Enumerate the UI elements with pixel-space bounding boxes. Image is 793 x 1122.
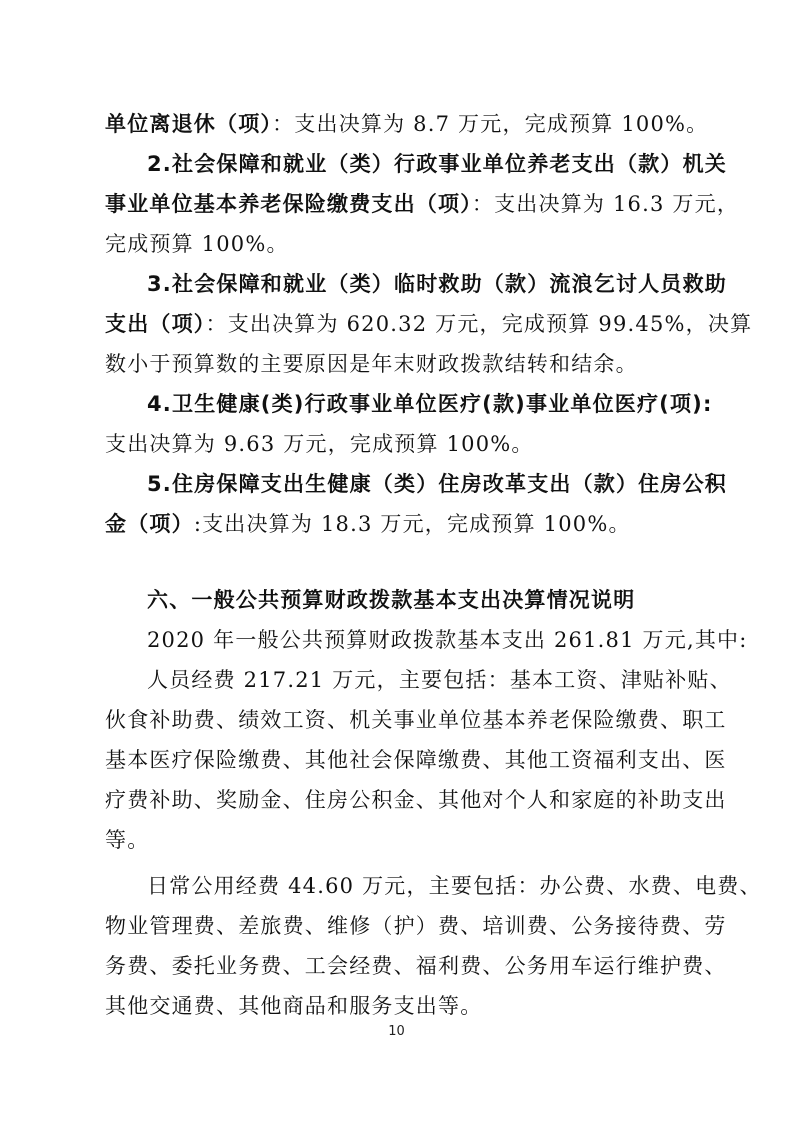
section-heading: 六、一般公共预算财政拨款基本支出决算情况说明	[105, 580, 693, 620]
summary-line: 2020 年一般公共预算财政拨款基本支出 261.81 万元,其中:	[105, 620, 693, 660]
paragraph-line: 完成预算 100%。	[105, 224, 693, 264]
item-2-lead-cont: 事业单位基本养老保险缴费支出（项）	[105, 192, 472, 216]
item-3-lead: 3.社会保障和就业（类）临时救助（款）流浪乞讨人员救助	[147, 272, 727, 296]
item-5-lead-cont: 金（项）	[105, 512, 194, 536]
item-4-text: 支出决算为 9.63 万元，完成预算 100%。	[105, 432, 534, 456]
paragraph-line: 其他交通费、其他商品和服务支出等。	[105, 986, 693, 1026]
paragraph-line: 金（项）:支出决算为 18.3 万元，完成预算 100%。	[105, 504, 693, 544]
paragraph-line: 物业管理费、差旅费、维修（护）费、培训费、公务接待费、劳	[105, 906, 693, 946]
paragraph-line: 单位离退休（项）：支出决算为 8.7 万元，完成预算 100%。	[105, 104, 693, 144]
page-number: 10	[0, 1024, 793, 1039]
paragraph-line: 务费、委托业务费、工会经费、福利费、公务用车运行维护费、	[105, 946, 693, 986]
paragraph-line: 3.社会保障和就业（类）临时救助（款）流浪乞讨人员救助	[105, 264, 693, 304]
item-2-lead: 2.社会保障和就业（类）行政事业单位养老支出（款）机关	[147, 152, 727, 176]
section-gap	[105, 544, 693, 580]
paragraph-line: 4.卫生健康(类)行政事业单位医疗(款)事业单位医疗(项):	[105, 384, 693, 424]
paragraph-line: 2.社会保障和就业（类）行政事业单位养老支出（款）机关	[105, 144, 693, 184]
paragraph-line: 日常公用经费 44.60 万元，主要包括：办公费、水费、电费、	[105, 866, 693, 906]
item-1-text: ：支出决算为 8.7 万元，完成预算 100%。	[272, 112, 708, 136]
item-4-lead: 4.卫生健康(类)行政事业单位医疗(款)事业单位医疗(项):	[147, 392, 713, 416]
paragraph-line: 事业单位基本养老保险缴费支出（项）：支出决算为 16.3 万元，	[105, 184, 693, 224]
paragraph-line: 疗费补助、奖励金、住房公积金、其他对个人和家庭的补助支出	[105, 780, 693, 820]
paragraph-line: 伙食补助费、绩效工资、机关事业单位基本养老保险缴费、职工	[105, 700, 693, 740]
paragraph-line: 5.住房保障支出生健康（类）住房改革支出（款）住房公积	[105, 464, 693, 504]
paragraph-line: 数小于预算数的主要原因是年末财政拨款结转和结余。	[105, 344, 693, 384]
item-2-text: ：支出决算为 16.3 万元，	[472, 192, 739, 216]
paragraph-line: 等。	[105, 820, 693, 860]
document-page: 单位离退休（项）：支出决算为 8.7 万元，完成预算 100%。 2.社会保障和…	[105, 104, 693, 1026]
paragraph-line: 基本医疗保险缴费、其他社会保障缴费、其他工资福利支出、医	[105, 740, 693, 780]
paragraph-line: 人员经费 217.21 万元，主要包括：基本工资、津贴补贴、	[105, 660, 693, 700]
item-5-lead: 5.住房保障支出生健康（类）住房改革支出（款）住房公积	[147, 472, 727, 496]
item-3-text: ：支出决算为 620.32 万元，完成预算 99.45%，决算	[206, 312, 753, 336]
paragraph-line: 支出（项）：支出决算为 620.32 万元，完成预算 99.45%，决算	[105, 304, 693, 344]
paragraph-line: 支出决算为 9.63 万元，完成预算 100%。	[105, 424, 693, 464]
item-5-text: :支出决算为 18.3 万元，完成预算 100%。	[194, 512, 631, 536]
item-1-lead: 单位离退休（项）	[105, 112, 272, 136]
item-3-lead-cont: 支出（项）	[105, 312, 206, 336]
item-2-text-cont: 完成预算 100%。	[105, 232, 289, 256]
item-3-text-cont: 数小于预算数的主要原因是年末财政拨款结转和结余。	[105, 352, 638, 376]
